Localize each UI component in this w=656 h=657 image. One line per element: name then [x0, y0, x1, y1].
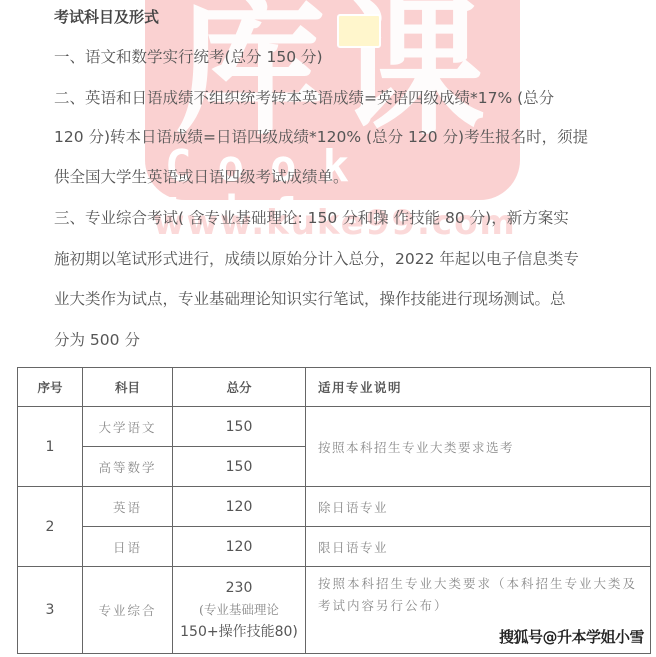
score-note: (专业基础理论: [173, 599, 305, 621]
header-index: 序号: [18, 368, 83, 407]
paragraph-line: 一、语文和数学实行统考(总分 150 分): [54, 47, 323, 67]
cell-description: 按照本科招生专业大类要求选考: [306, 407, 651, 487]
description-text: 按照本科招生专业大类要求（本科招生专业大类及考试内容另行公布）: [318, 573, 640, 617]
cell-description: 除日语专业: [306, 487, 651, 527]
header-subject: 科目: [83, 368, 173, 407]
table-row: 日语 120 限日语专业: [18, 527, 651, 567]
table-row: 2 英语 120 除日语专业: [18, 487, 651, 527]
paragraph-line: 120 分)转本日语成绩=日语四级成绩*120% (总分 120 分)考生报名时…: [54, 127, 588, 147]
cell-subject: 日语: [83, 527, 173, 567]
header-description: 适用专业说明: [306, 368, 651, 407]
cell-subject: 大学语文: [83, 407, 173, 447]
cell-score: 150: [173, 407, 306, 447]
cell-subject: 英语: [83, 487, 173, 527]
cell-index: 3: [18, 567, 83, 654]
cell-description: 限日语专业: [306, 527, 651, 567]
watermark-book-icon: [337, 14, 381, 48]
cell-index: 2: [18, 487, 83, 567]
paragraph-line: 业大类作为试点，专业基础理论知识实行笔试，操作技能进行现场测试。总: [54, 289, 566, 309]
paragraph-line: 施初期以笔试形式进行，成绩以原始分计入总分，2022 年起以电子信息类专: [54, 249, 579, 269]
score-value: 230: [173, 577, 305, 599]
cell-subject: 高等数学: [83, 447, 173, 487]
cell-score: 120: [173, 487, 306, 527]
table-row: 1 大学语文 150 按照本科招生专业大类要求选考: [18, 407, 651, 447]
paragraph-line: 供全国大学生英语或日语四级考试成绩单。: [54, 167, 349, 187]
cell-score: 120: [173, 527, 306, 567]
cell-subject: 专业综合: [83, 567, 173, 654]
cell-score: 230 (专业基础理论 150+操作技能80): [173, 567, 306, 654]
paragraph-line: 三、专业综合考试( 含专业基础理论: 150 分和操 作技能 80 分)，新方案…: [54, 208, 569, 228]
source-watermark: 搜狐号@升本学姐小雪: [499, 626, 644, 647]
paragraph-line: 二、英语和日语成绩不组织统考转本英语成绩=英语四级成绩*17% (总分: [54, 88, 554, 108]
section-title: 考试科目及形式: [54, 6, 159, 27]
table-header-row: 序号 科目 总分 适用专业说明: [18, 368, 651, 407]
header-score: 总分: [173, 368, 306, 407]
watermark-logo: 库课: [150, 0, 520, 144]
cell-index: 1: [18, 407, 83, 487]
exam-subjects-table: 序号 科目 总分 适用专业说明 1 大学语文 150 按照本科招生专业大类要求选…: [17, 367, 651, 654]
paragraph-line: 分为 500 分: [54, 330, 140, 350]
score-note: 150+操作技能80): [173, 621, 305, 643]
cell-score: 150: [173, 447, 306, 487]
